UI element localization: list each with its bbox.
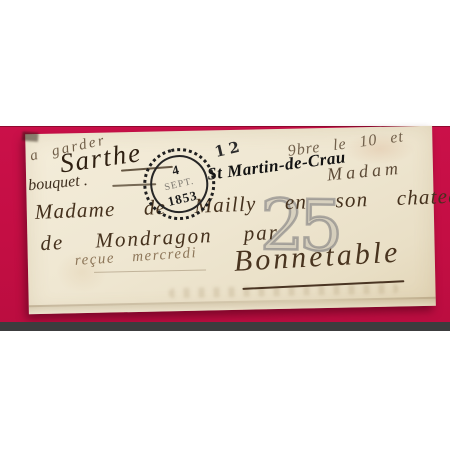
datestamp-day: 4: [170, 161, 181, 178]
rate-mark-stamp: 12: [213, 137, 245, 161]
datestamp-inner-circle: 4 SEPT. 1853: [144, 149, 214, 219]
envelope: a garder Sarthe bouquet . 9bre le 10 et …: [25, 126, 436, 314]
received-note-underline: [94, 270, 206, 273]
address-line-1: Madame de Mailly en son chateau: [34, 183, 450, 225]
cover-photo: a garder Sarthe bouquet . 9bre le 10 et …: [0, 126, 450, 323]
photo-bottom-shadow: [0, 322, 450, 331]
page-background: a garder Sarthe bouquet . 9bre le 10 et …: [0, 0, 450, 450]
corner-shadow: [22, 132, 39, 142]
sender-note-handwriting: bouquet .: [28, 172, 89, 195]
